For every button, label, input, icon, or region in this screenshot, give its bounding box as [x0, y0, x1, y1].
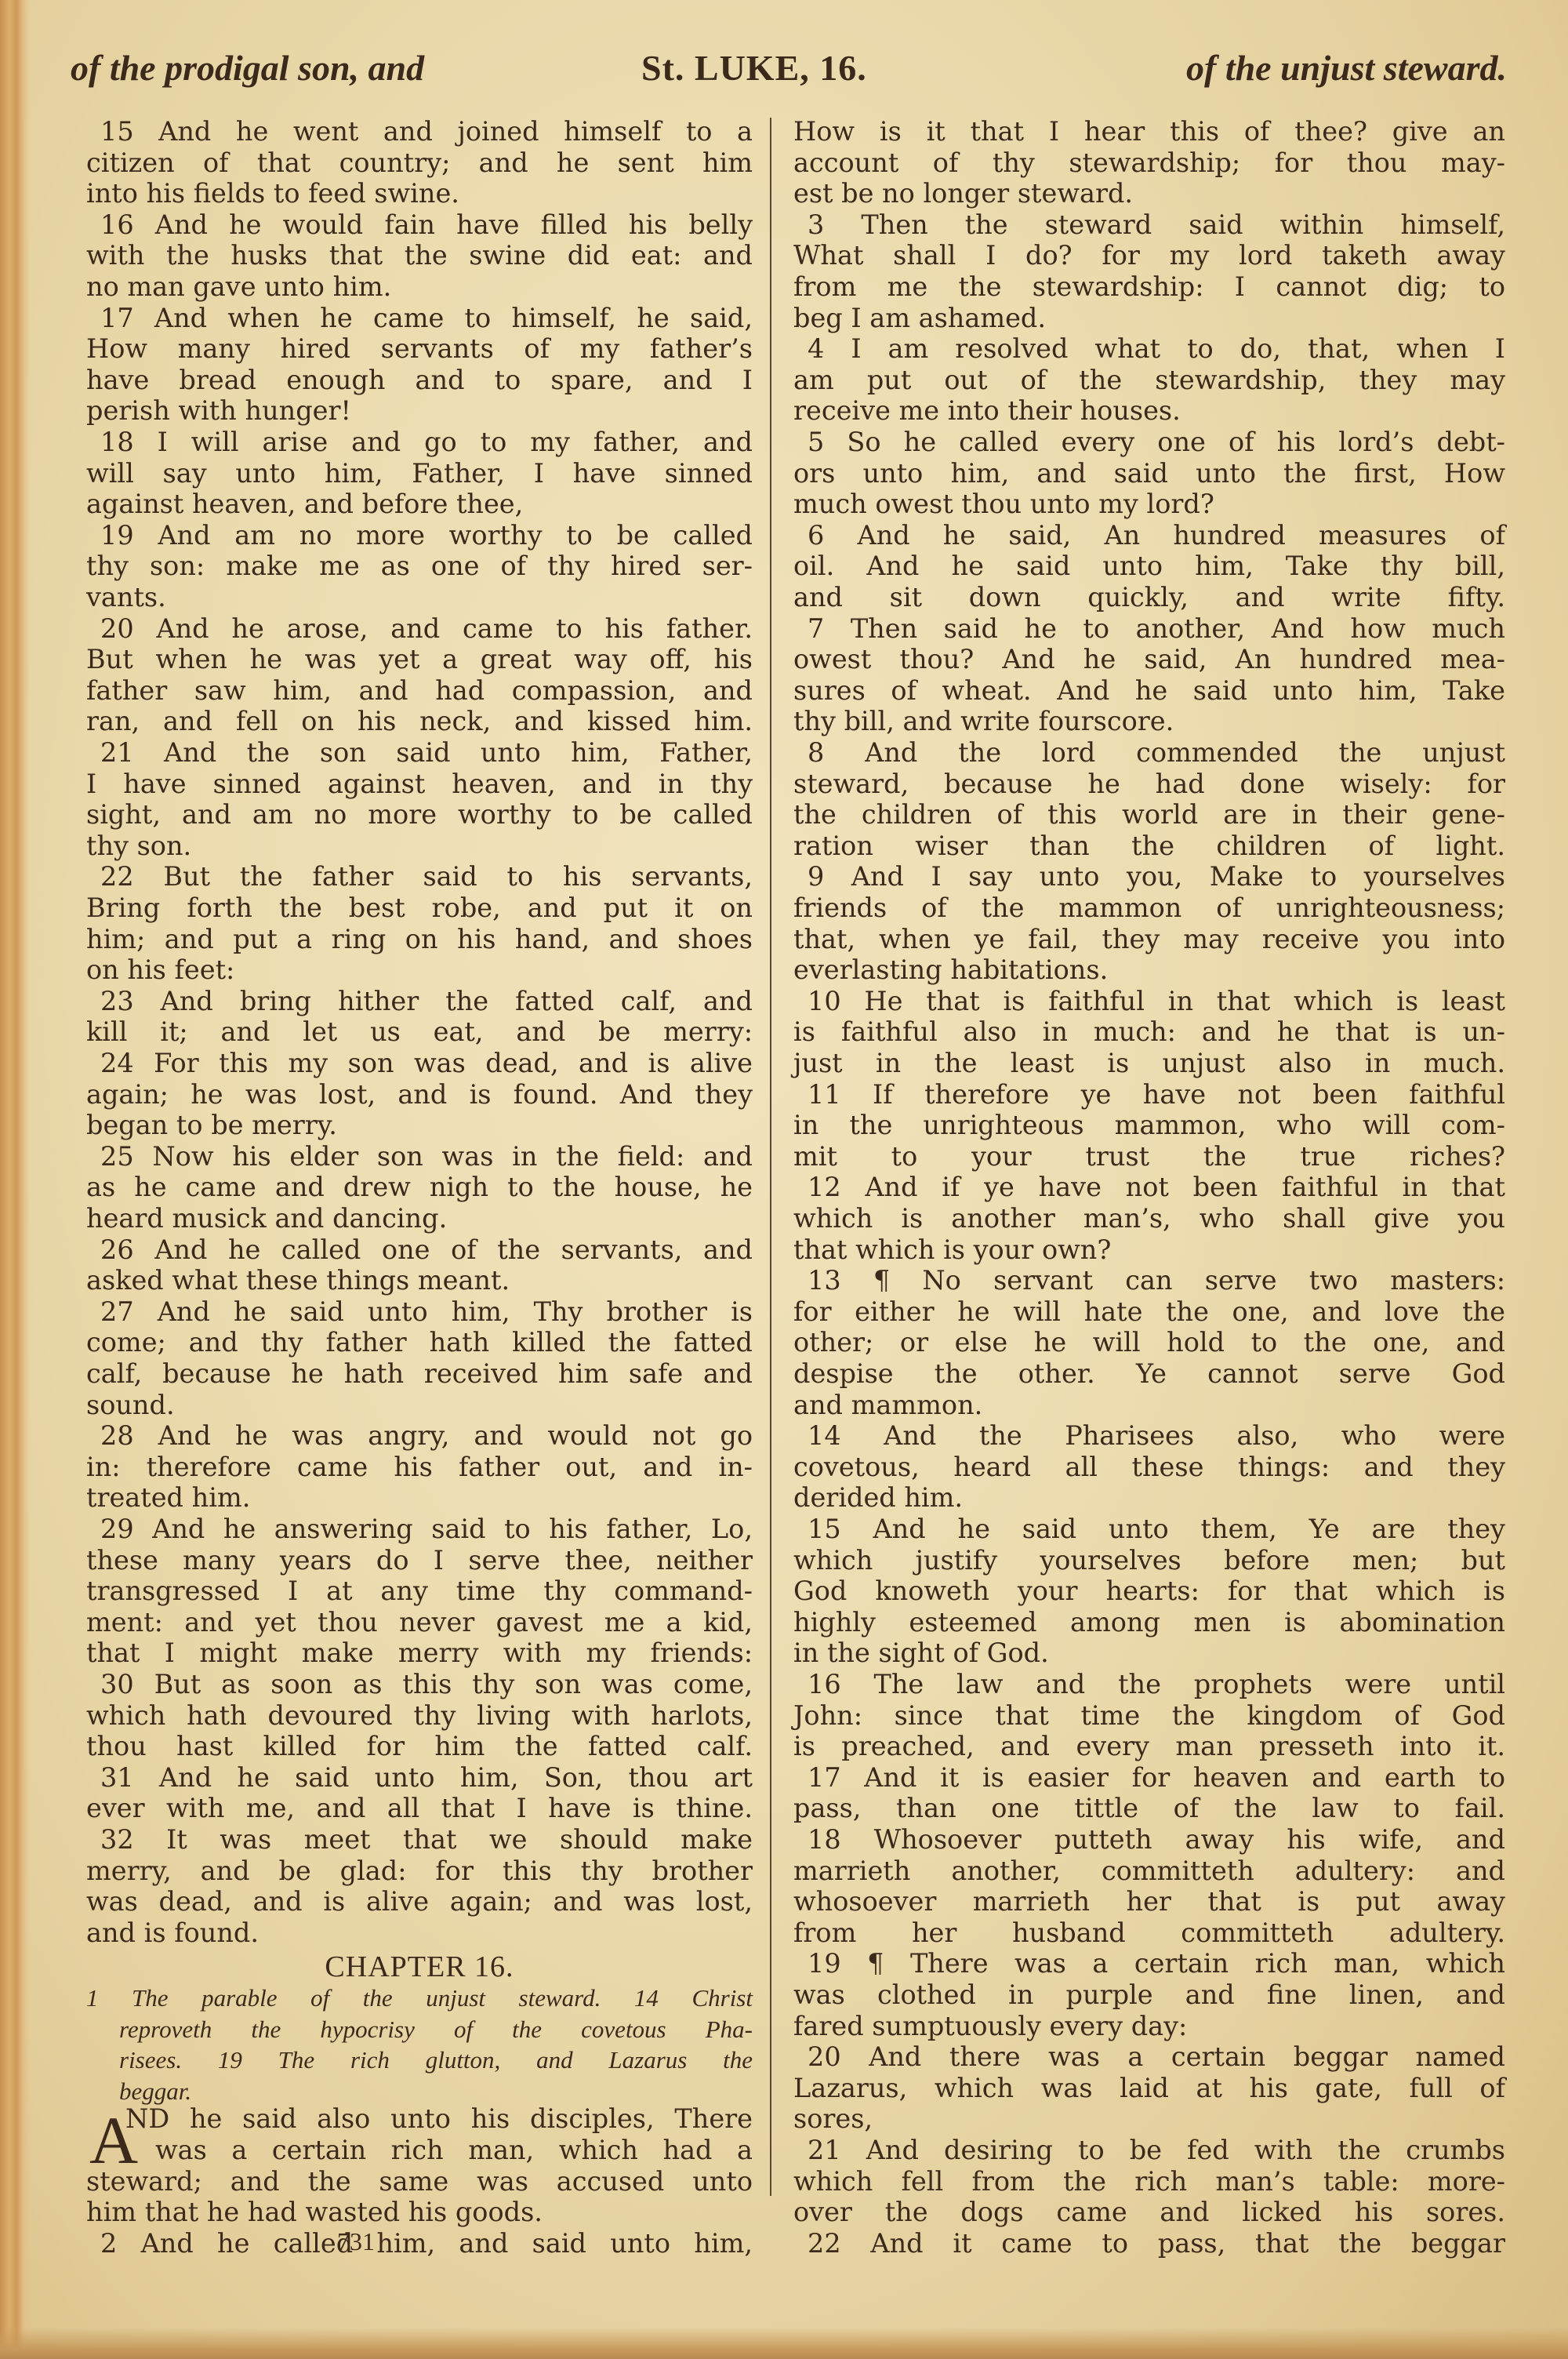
text-line: beg I am ashamed. [793, 303, 1505, 334]
text-line: fared sumptuously every day: [793, 2011, 1505, 2042]
verse-line: 28 And he was angry, and would not go [86, 1420, 753, 1452]
text-line: that I might make merry with my friends: [86, 1637, 753, 1669]
text-line: God knoweth your hearts: for that which … [793, 1576, 1505, 1607]
text-line: come; and thy father hath killed the fat… [86, 1327, 753, 1358]
text-line: ration wiser than the children of light. [793, 831, 1505, 862]
text-line: steward; and the same was accused unto [86, 2166, 753, 2197]
text-line: John: since that time the kingdom of God [793, 1700, 1505, 1732]
text-line: and mammon. [793, 1390, 1505, 1421]
verse-line: 32 It was meet that we should make [86, 1824, 753, 1856]
page-number: 731 [337, 2226, 375, 2257]
verse-line: 11 If therefore ye have not been faithfu… [793, 1079, 1505, 1110]
verse-line: 19 ¶ There was a certain rich man, which [793, 1948, 1505, 1979]
text-line: was dead, and is alive again; and was lo… [86, 1886, 753, 1917]
verse-line: 21 And the son said unto him, Father, [86, 737, 753, 769]
text-line: whosoever marrieth her that is put away [793, 1886, 1505, 1917]
page-bottom-edge [0, 2328, 1568, 2359]
text-line: with the husks that the swine did eat: a… [86, 240, 753, 271]
verse-line: 15 And he said unto them, Ye are they [793, 1514, 1505, 1545]
text-line: ors unto him, and said unto the first, H… [793, 458, 1505, 489]
verse-line: 18 I will arise and go to my father, and [86, 427, 753, 458]
text-line: for either he will hate the one, and lov… [793, 1296, 1505, 1328]
running-header-title: St. LUKE, 16. [641, 49, 867, 88]
text-line: which justify yourselves before men; but [793, 1545, 1505, 1576]
text-line: sures of wheat. And he said unto him, Ta… [793, 675, 1505, 707]
text-line: against heaven, and before thee, [86, 489, 753, 520]
text-line: ran, and fell on his neck, and kissed hi… [86, 706, 753, 737]
text-line: thy son: make me as one of thy hired ser… [86, 551, 753, 582]
verse-line: 17 And when he came to himself, he said, [86, 303, 753, 334]
text-line: marrieth another, committeth adultery: a… [793, 1856, 1505, 1887]
text-line: kill it; and let us eat, and be merry: [86, 1016, 753, 1048]
text-line: father saw him, and had compassion, and [86, 675, 753, 707]
text-line: in: therefore came his father out, and i… [86, 1452, 753, 1483]
chapter-summary-line: 1 The parable of the unjust steward. 14 … [86, 1983, 753, 2014]
text-line: vants. [86, 582, 753, 613]
text-line: on his feet: [86, 954, 753, 986]
verse-line: 20 And there was a certain beggar named [793, 2041, 1505, 2073]
text-line: What shall I do? for my lord taketh away [793, 240, 1505, 271]
text-line: other; or else he will hold to the one, … [793, 1327, 1505, 1358]
text-line: owest thou? And he said, An hundred mea- [793, 644, 1505, 675]
text-line: thy bill, and write fourscore. [793, 706, 1505, 737]
verse-line: 14 And the Pharisees also, who were [793, 1420, 1505, 1452]
verse-line: 31 And he said unto him, Son, thou art [86, 1762, 753, 1794]
running-header-right: of the unjust steward. [1186, 49, 1507, 88]
verse-line: 27 And he said unto him, Thy brother is [86, 1296, 753, 1328]
text-line: him that he had wasted his goods. [86, 2197, 753, 2228]
text-line: oil. And he said unto him, Take thy bill… [793, 551, 1505, 582]
running-header-left: of the prodigal son, and [71, 49, 424, 88]
verse-line: 10 He that is faithful in that which is … [793, 986, 1505, 1017]
text-line: ment: and yet thou never gavest me a kid… [86, 1607, 753, 1638]
text-line: these many years do I serve thee, neithe… [86, 1545, 753, 1576]
verse-line: 5 So he called every one of his lord’s d… [793, 427, 1505, 458]
text-line: began to be merry. [86, 1110, 753, 1141]
text-line: no man gave unto him. [86, 271, 753, 303]
verse-line: 20 And he arose, and came to his father. [86, 613, 753, 645]
text-line: that which is your own? [793, 1234, 1505, 1266]
text-line: ND he said also unto his disciples, Ther… [86, 2103, 753, 2135]
verse-line: 17 And it is easier for heaven and earth… [793, 1762, 1505, 1794]
text-line: Lazarus, which was laid at his gate, ful… [793, 2073, 1505, 2104]
text-line: despise the other. Ye cannot serve God [793, 1358, 1505, 1390]
text-line: have bread enough and to spare, and I [86, 365, 753, 396]
text-line: steward, because he had done wisely: for [793, 769, 1505, 800]
verse-line: 26 And he called one of the servants, an… [86, 1234, 753, 1266]
text-line: is faithful also in much: and he that is… [793, 1016, 1505, 1048]
text-line: him; and put a ring on his hand, and sho… [86, 924, 753, 955]
text-line: which fell from the rich man’s table: mo… [793, 2166, 1505, 2197]
verse-line: 13 ¶ No servant can serve two masters: [793, 1265, 1505, 1296]
text-line: just in the least is unjust also in much… [793, 1048, 1505, 1079]
text-line: as he came and drew nigh to the house, h… [86, 1172, 753, 1203]
text-line: sores, [793, 2103, 1505, 2135]
verse-line: 29 And he answering said to his father, … [86, 1514, 753, 1545]
text-line: sight, and am no more worthy to be calle… [86, 799, 753, 831]
text-line: was clothed in purple and fine linen, an… [793, 1979, 1505, 2011]
text-line: the children of this world are in their … [793, 799, 1505, 831]
text-line: in the sight of God. [793, 1637, 1505, 1669]
text-line: again; he was lost, and is found. And th… [86, 1079, 753, 1110]
text-line: was a certain rich man, which had a [86, 2135, 753, 2166]
bible-page: of the prodigal son, and St. LUKE, 16. o… [0, 0, 1568, 2359]
verse-line: 2 And he called him, and said unto him, [86, 2228, 753, 2259]
text-line: citizen of that country; and he sent him [86, 147, 753, 179]
text-line: heard musick and dancing. [86, 1203, 753, 1234]
verse-line: 9 And I say unto you, Make to yourselves [793, 861, 1505, 892]
verse-line: 15 And he went and joined himself to a [86, 116, 753, 147]
text-line: mit to your trust the true riches? [793, 1141, 1505, 1172]
text-line: in the unrighteous mammon, who will com- [793, 1110, 1505, 1141]
chapter-summary-line: risees. 19 The rich glutton, and Lazarus… [86, 2045, 753, 2076]
text-line: that, when ye fail, they may receive you… [793, 924, 1505, 955]
text-line: I have sinned against heaven, and in thy [86, 769, 753, 800]
column-divider [770, 118, 771, 2196]
verse-line: 30 But as soon as this thy son was come, [86, 1669, 753, 1700]
verse-line: 24 For this my son was dead, and is aliv… [86, 1048, 753, 1079]
chapter-summary-line: beggar. [86, 2076, 753, 2107]
verse-line: 18 Whosoever putteth away his wife, and [793, 1824, 1505, 1856]
text-line: thy son. [86, 831, 753, 862]
text-line: over the dogs came and licked his sores. [793, 2197, 1505, 2228]
text-line: transgressed I at any time thy command- [86, 1576, 753, 1607]
text-line: account of thy stewardship; for thou may… [793, 147, 1505, 179]
text-line: into his fields to feed swine. [86, 178, 753, 209]
text-line: will say unto him, Father, I have sinned [86, 458, 753, 489]
verse-line: 7 Then said he to another, And how much [793, 613, 1505, 645]
verse-line: 19 And am no more worthy to be called [86, 520, 753, 551]
text-line: which hath devoured thy living with harl… [86, 1700, 753, 1732]
verse-line: 21 And desiring to be fed with the crumb… [793, 2135, 1505, 2166]
chapter-heading: CHAPTER 16. [86, 1951, 753, 1983]
verse-line: 12 And if ye have not been faithful in t… [793, 1172, 1505, 1203]
text-line: highly esteemed among men is abomination [793, 1607, 1505, 1638]
text-line: am put out of the stewardship, they may [793, 365, 1505, 396]
text-line: from her husband committeth adultery. [793, 1917, 1505, 1949]
verse-line: 23 And bring hither the fatted calf, and [86, 986, 753, 1017]
text-line: calf, because he hath received him safe … [86, 1358, 753, 1390]
text-line: much owest thou unto my lord? [793, 489, 1505, 520]
text-line: How is it that I hear this of thee? give… [793, 116, 1505, 147]
verse-line: 22 But the father said to his servants, [86, 861, 753, 892]
text-line: friends of the mammon of unrighteousness… [793, 892, 1505, 924]
chapter-summary-line: reproveth the hypocrisy of the covetous … [86, 2014, 753, 2045]
verse-line: 25 Now his elder son was in the field: a… [86, 1141, 753, 1172]
text-line: ever with me, and all that I have is thi… [86, 1793, 753, 1824]
text-line: everlasting habitations. [793, 954, 1505, 986]
text-line: sound. [86, 1390, 753, 1421]
text-line: treated him. [86, 1482, 753, 1514]
text-line: from me the stewardship: I cannot dig; t… [793, 271, 1505, 303]
text-line: and is found. [86, 1917, 753, 1949]
text-line: Bring forth the best robe, and put it on [86, 892, 753, 924]
text-line: est be no longer steward. [793, 178, 1505, 209]
text-line: perish with hunger! [86, 395, 753, 427]
text-line: But when he was yet a great way off, his [86, 644, 753, 675]
verse-line: 16 And he would fain have filled his bel… [86, 209, 753, 241]
text-line: covetous, heard all these things: and th… [793, 1452, 1505, 1483]
verse-line: 16 The law and the prophets were until [793, 1669, 1505, 1700]
text-line: thou hast killed for him the fatted calf… [86, 1731, 753, 1762]
text-line: How many hired servants of my father’s [86, 333, 753, 365]
text-line: is preached, and every man presseth into… [793, 1731, 1505, 1762]
text-line: receive me into their houses. [793, 395, 1505, 427]
text-line: merry, and be glad: for this thy brother [86, 1856, 753, 1887]
page-binding-edge [0, 0, 30, 2359]
text-line: which is another man’s, who shall give y… [793, 1203, 1505, 1234]
text-line: pass, than one tittle of the law to fail… [793, 1793, 1505, 1824]
verse-line: 3 Then the steward said within himself, [793, 209, 1505, 241]
verse-line: 4 I am resolved what to do, that, when I [793, 333, 1505, 365]
text-line: derided him. [793, 1482, 1505, 1514]
verse-line: 22 And it came to pass, that the beggar [793, 2228, 1505, 2259]
verse-line: 6 And he said, An hundred measures of [793, 520, 1505, 551]
text-line: asked what these things meant. [86, 1265, 753, 1296]
text-line: and sit down quickly, and write fifty. [793, 582, 1505, 613]
verse-line: 8 And the lord commended the unjust [793, 737, 1505, 769]
